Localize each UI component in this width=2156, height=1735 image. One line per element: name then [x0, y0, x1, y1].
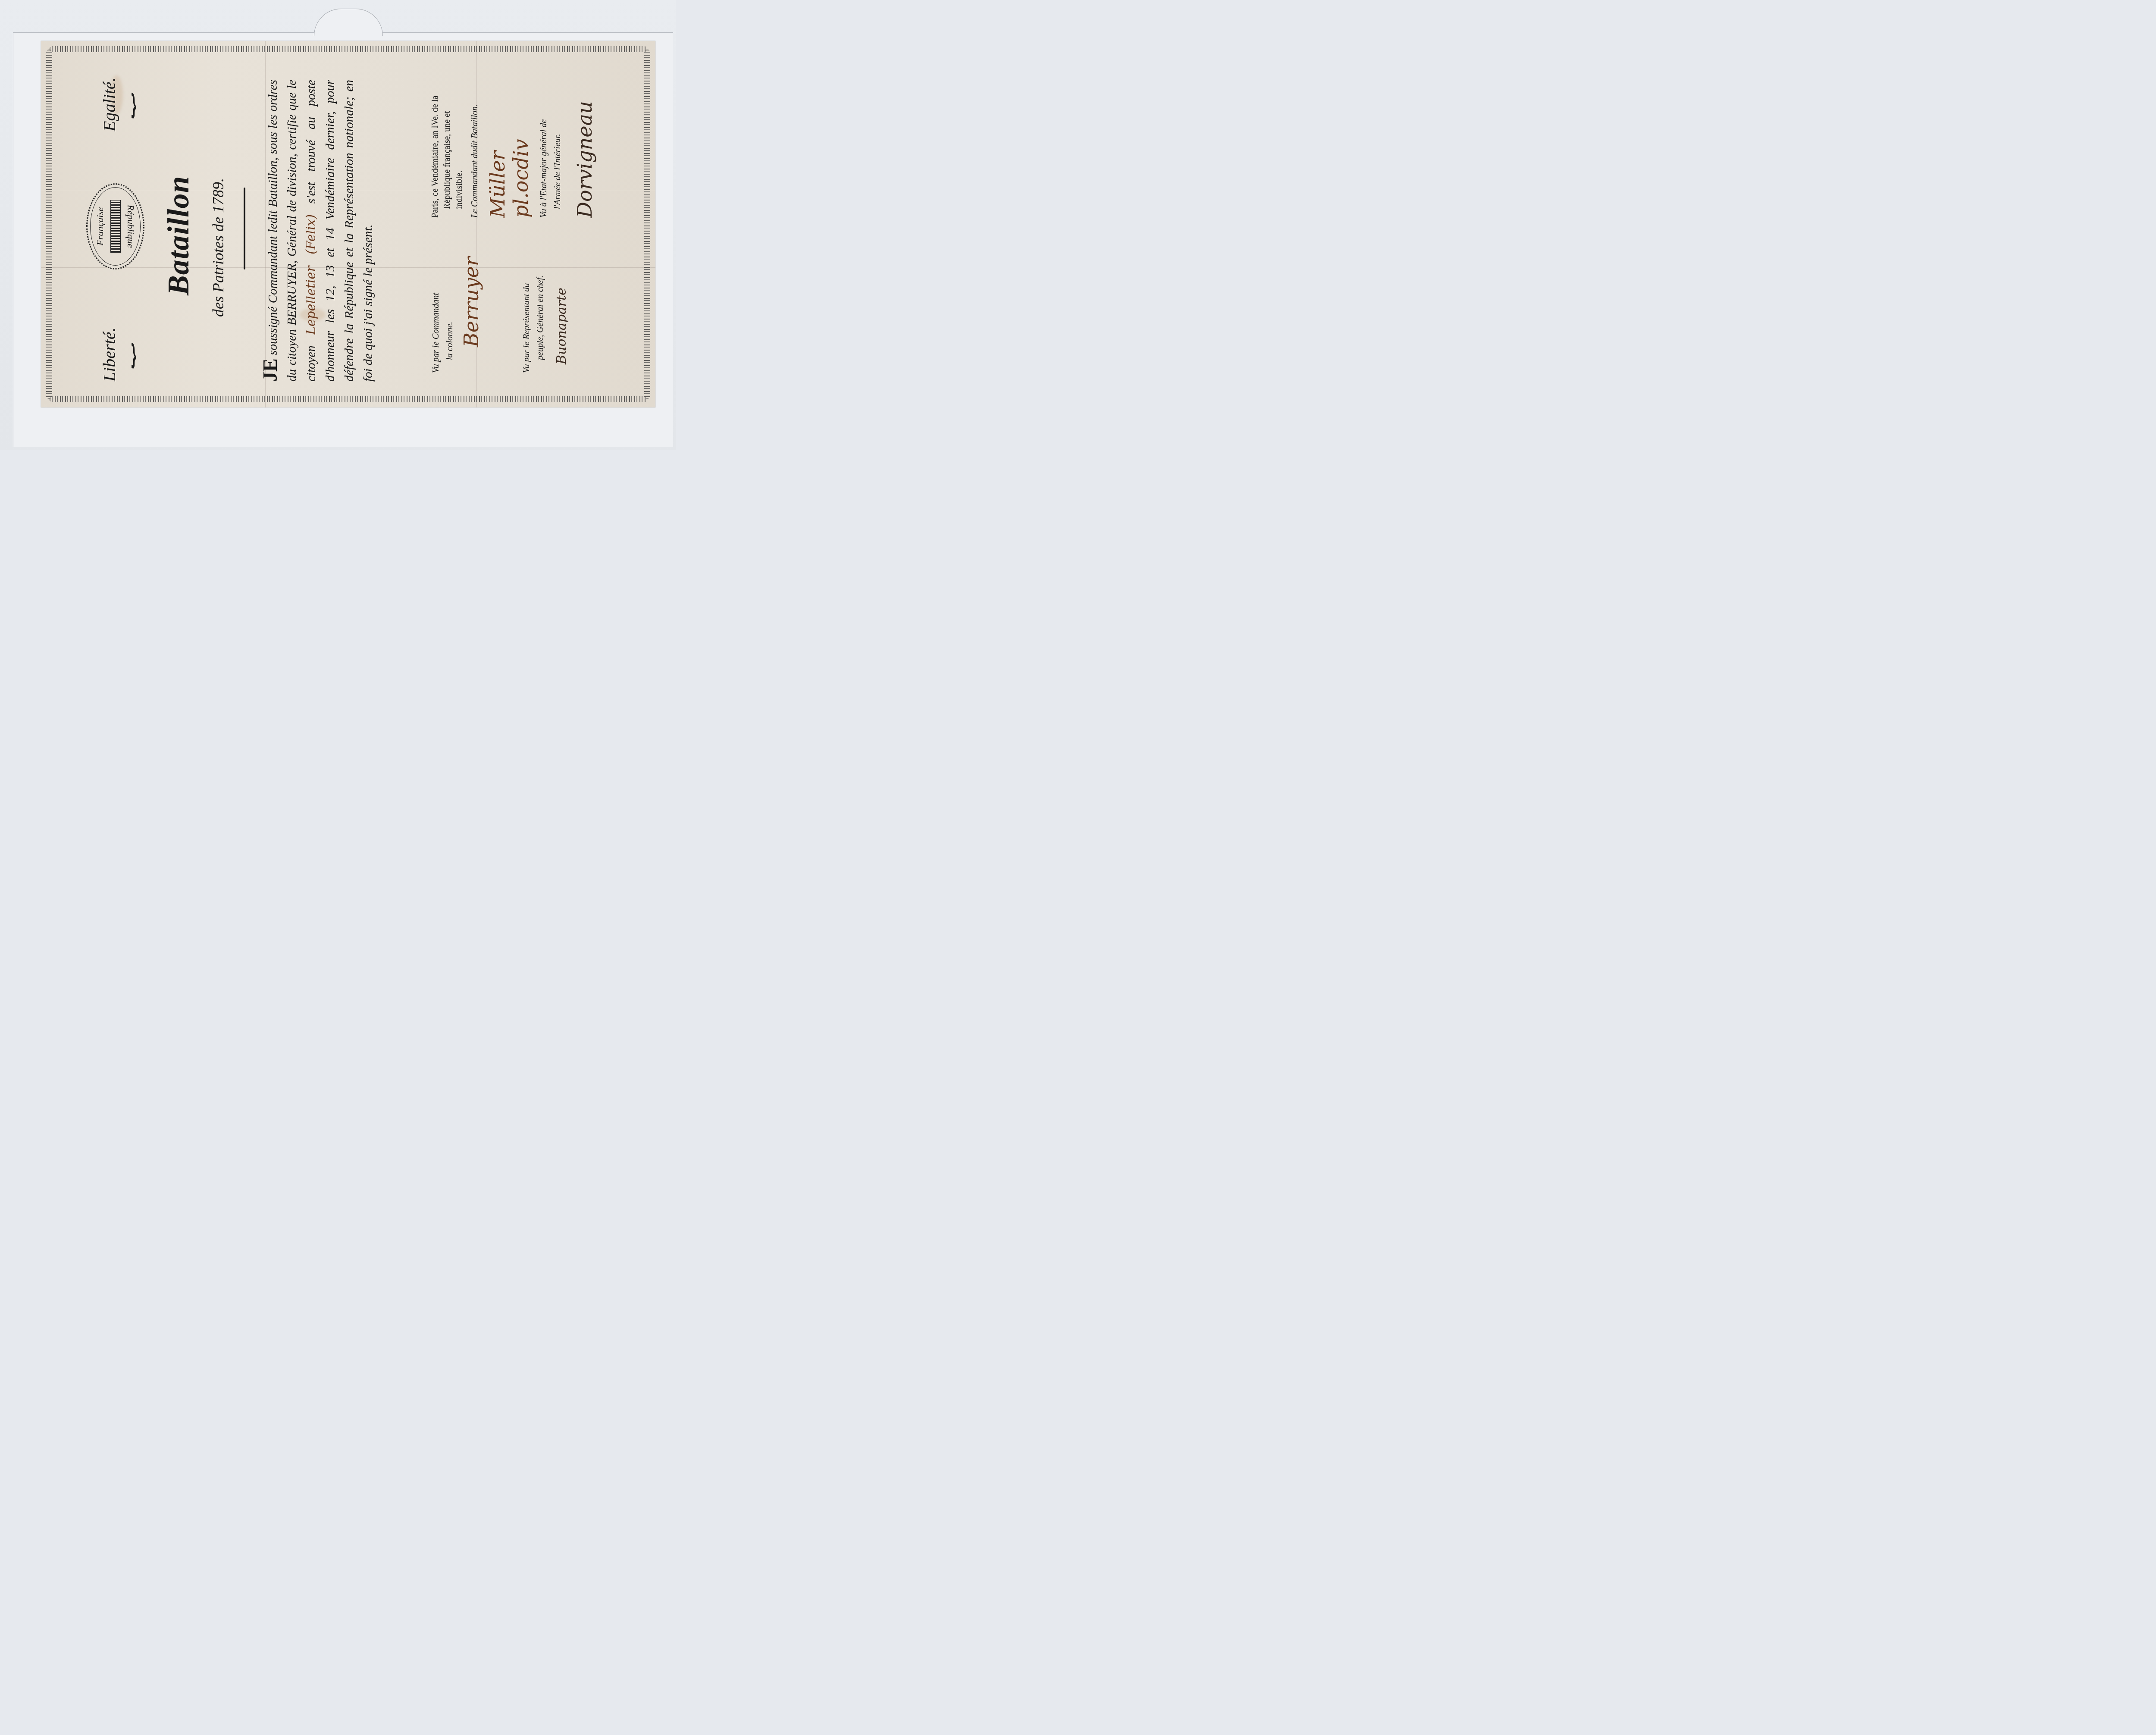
signature-etat-major: Dorvigneau — [573, 71, 596, 218]
signature-representant: Buonaparte — [556, 231, 568, 364]
rotated-content: Liberté. ⏟ Française République Egalité.… — [54, 58, 645, 399]
motto-liberte: Liberté. ⏟ — [99, 327, 128, 382]
representant-block: Vu par le Représentant du peuple, Généra… — [520, 231, 568, 373]
fasces-icon — [110, 200, 121, 253]
motto-egalite: Egalité. ⏟ — [99, 77, 128, 132]
laurel-border-top — [50, 46, 647, 52]
laurel-border-left — [46, 50, 52, 399]
dateline: Paris, ce Vendémiaire, an IVe. de la Rép… — [429, 71, 465, 218]
divider-rule — [244, 188, 245, 269]
handwritten-name: Lepelletier (Felix) — [304, 214, 318, 335]
republic-seal: Française République — [86, 183, 144, 269]
brace-ornament-icon: ⏟ — [119, 295, 128, 414]
colonne-block: Vu par le Commandant la colonne. Berruye… — [429, 231, 477, 373]
brace-ornament-icon: ⏟ — [119, 45, 128, 164]
commandant-block: Le Commandant dudit Bataillon. Müller pl… — [468, 71, 533, 218]
signature-commandant: Müller pl.ocdiv — [486, 71, 533, 218]
etat-major-block: Vu à l'Etat-major général de l'Armée de … — [537, 71, 596, 218]
signature-berruyer: Berruyer — [465, 231, 477, 347]
document-subtitle: des Patriotes de 1789. — [209, 178, 227, 317]
certificate-body: JE soussigné Commandant ledit Bataillon,… — [261, 80, 378, 382]
document-title: Bataillon — [162, 176, 196, 295]
laurel-border-right — [644, 50, 650, 399]
document-sheet: Liberté. ⏟ Française République Egalité.… — [41, 41, 655, 407]
